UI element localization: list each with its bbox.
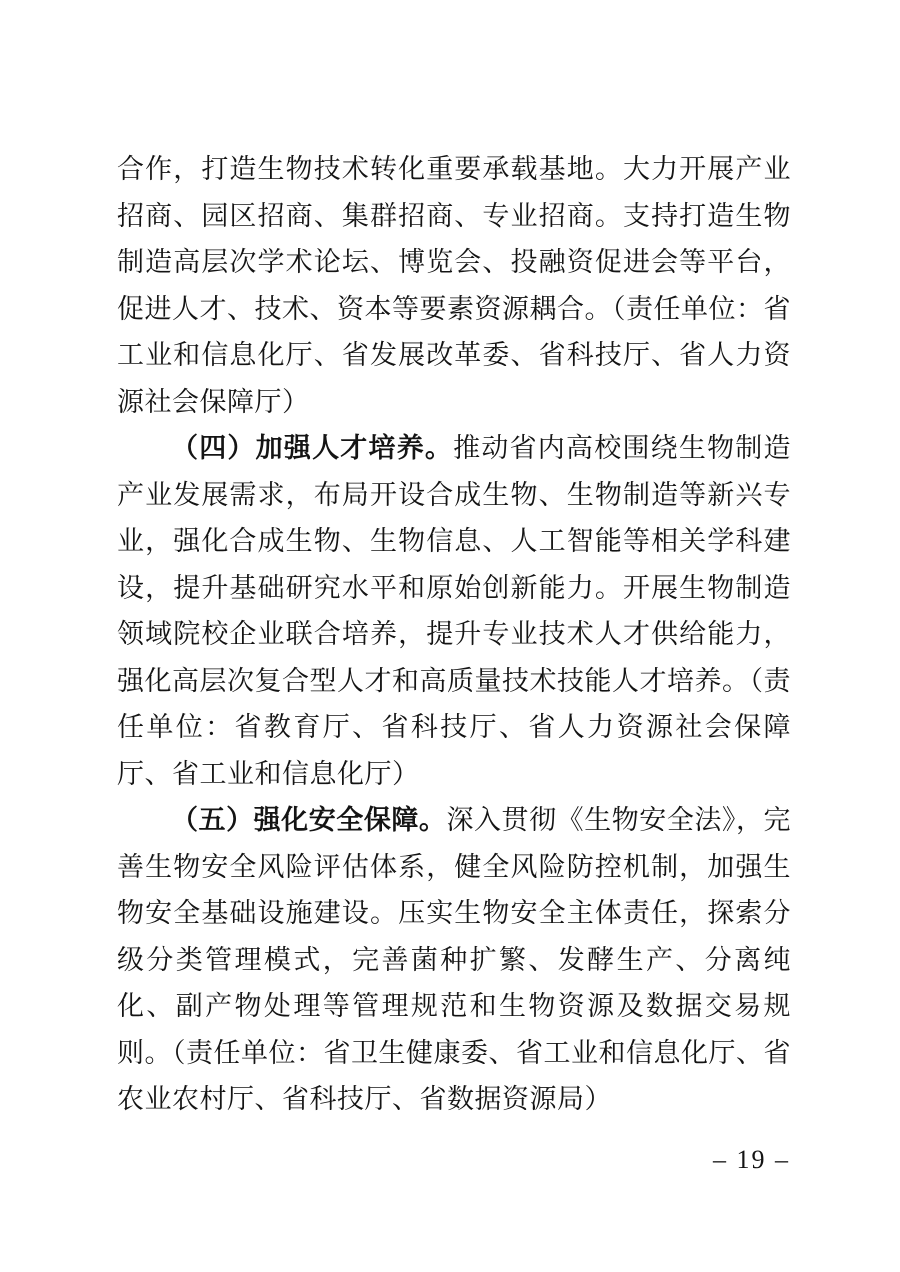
paragraph-text: 推动省内高校围绕生物制造产业发展需求，布局开设合成生物、生物制造等新兴专业，强化… [117, 433, 791, 789]
document-page: 合作，打造生物技术转化重要承载基地。大力开展产业招商、园区招商、集群招商、专业招… [0, 0, 900, 1272]
paragraph-text: 合作，打造生物技术转化重要承载基地。大力开展产业招商、园区招商、集群招商、专业招… [117, 154, 791, 417]
paragraph-heading: （五）强化安全保障。 [171, 805, 446, 835]
paragraph-text: 深入贯彻《生物安全法》，完善生物安全风险评估体系，健全风险防控机制，加强生物安全… [117, 805, 791, 1114]
document-body: 合作，打造生物技术转化重要承载基地。大力开展产业招商、园区招商、集群招商、专业招… [117, 146, 791, 1123]
paragraph-item-5: （五）强化安全保障。深入贯彻《生物安全法》，完善生物安全风险评估体系，健全风险防… [117, 797, 791, 1123]
paragraph-continuation: 合作，打造生物技术转化重要承载基地。大力开展产业招商、园区招商、集群招商、专业招… [117, 146, 791, 425]
paragraph-item-4: （四）加强人才培养。推动省内高校围绕生物制造产业发展需求，布局开设合成生物、生物… [117, 425, 791, 797]
page-number: – 19 – [713, 1143, 790, 1177]
paragraph-heading: （四）加强人才培养。 [171, 433, 453, 463]
